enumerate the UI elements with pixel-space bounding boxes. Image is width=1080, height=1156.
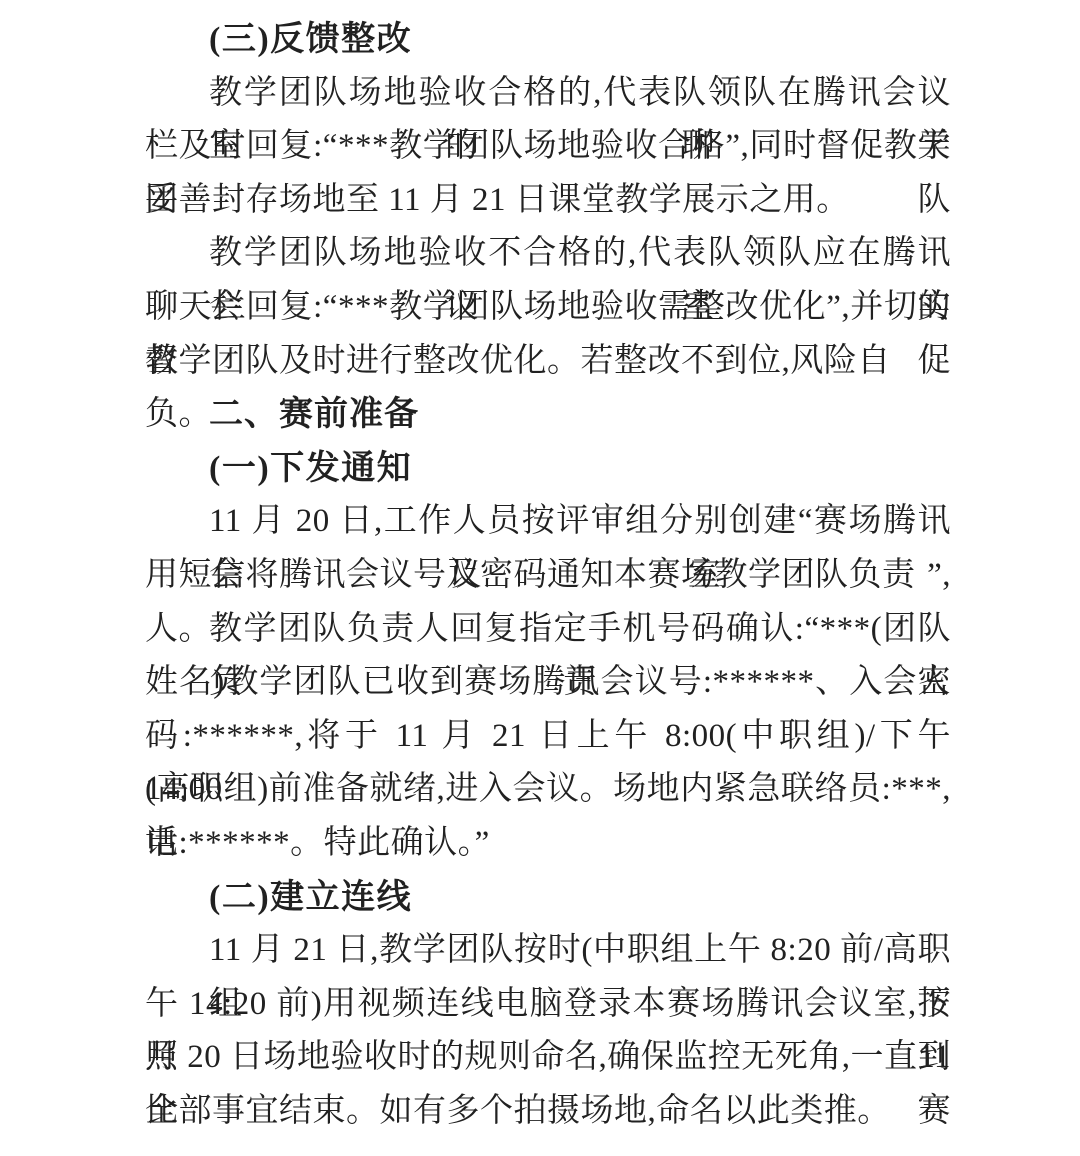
text-line: 午 14:20 前)用视频连线电脑登录本赛场腾讯会议室,按照 11 (145, 978, 951, 1032)
section-heading-feedback: (三)反馈整改 (145, 13, 951, 67)
text-line: 教学团队及时进行整改优化。若整改不到位,风险自负。 (145, 335, 951, 389)
section-heading-connection: (二)建立连线 (145, 871, 951, 925)
text-line: 话:******。特此确认。” (145, 817, 951, 871)
text-line: (高职组)前准备就绪,进入会议。场地内紧急联络员:***,电 (145, 763, 951, 817)
text-line: 聊天栏回复:“***教学团队场地验收需整改优化”,并切实督促 (145, 281, 951, 335)
text-line: 码:******,将于 11 月 21 日上午 8:00(中职组)/下午 14:… (145, 710, 951, 764)
text-line: 妥善封存场地至 11 月 21 日课堂教学展示之用。 (145, 174, 951, 228)
section-heading-pre-competition: 二、赛前准备 (145, 388, 951, 442)
document-page: (三)反馈整改 教学团队场地验收合格的,代表队领队在腾讯会议室的聊天 栏及时回复… (0, 0, 1080, 1156)
text-line: 教学团队场地验收不合格的,代表队领队应在腾讯会议室的 (145, 227, 951, 281)
text-line: 月 20 日场地验收时的规则命名,确保监控无死角,一直到比赛 (145, 1031, 951, 1085)
text-line: 11 月 20 日,工作人员按评审组分别创建“赛场腾讯会议室”, (145, 495, 951, 549)
text-line: 教学团队负责人回复指定手机号码确认:“***(团队负责人 (145, 603, 951, 657)
text-line: 姓名)教学团队已收到赛场腾讯会议号:******、入会密 (145, 656, 951, 710)
text-line: 全部事宜结束。如有多个拍摄场地,命名以此类推。 (145, 1085, 951, 1139)
text-line: 用短信将腾讯会议号及密码通知本赛场教学团队负责人。 (145, 549, 951, 603)
section-heading-notice: (一)下发通知 (145, 442, 951, 496)
text-line: 栏及时回复:“***教学团队场地验收合格”,同时督促教学团队 (145, 120, 951, 174)
text-column: (三)反馈整改 教学团队场地验收合格的,代表队领队在腾讯会议室的聊天 栏及时回复… (145, 13, 951, 1138)
text-line: 11 月 21 日,教学团队按时(中职组上午 8:20 前/高职组下 (145, 924, 951, 978)
text-line: 教学团队场地验收合格的,代表队领队在腾讯会议室的聊天 (145, 67, 951, 121)
